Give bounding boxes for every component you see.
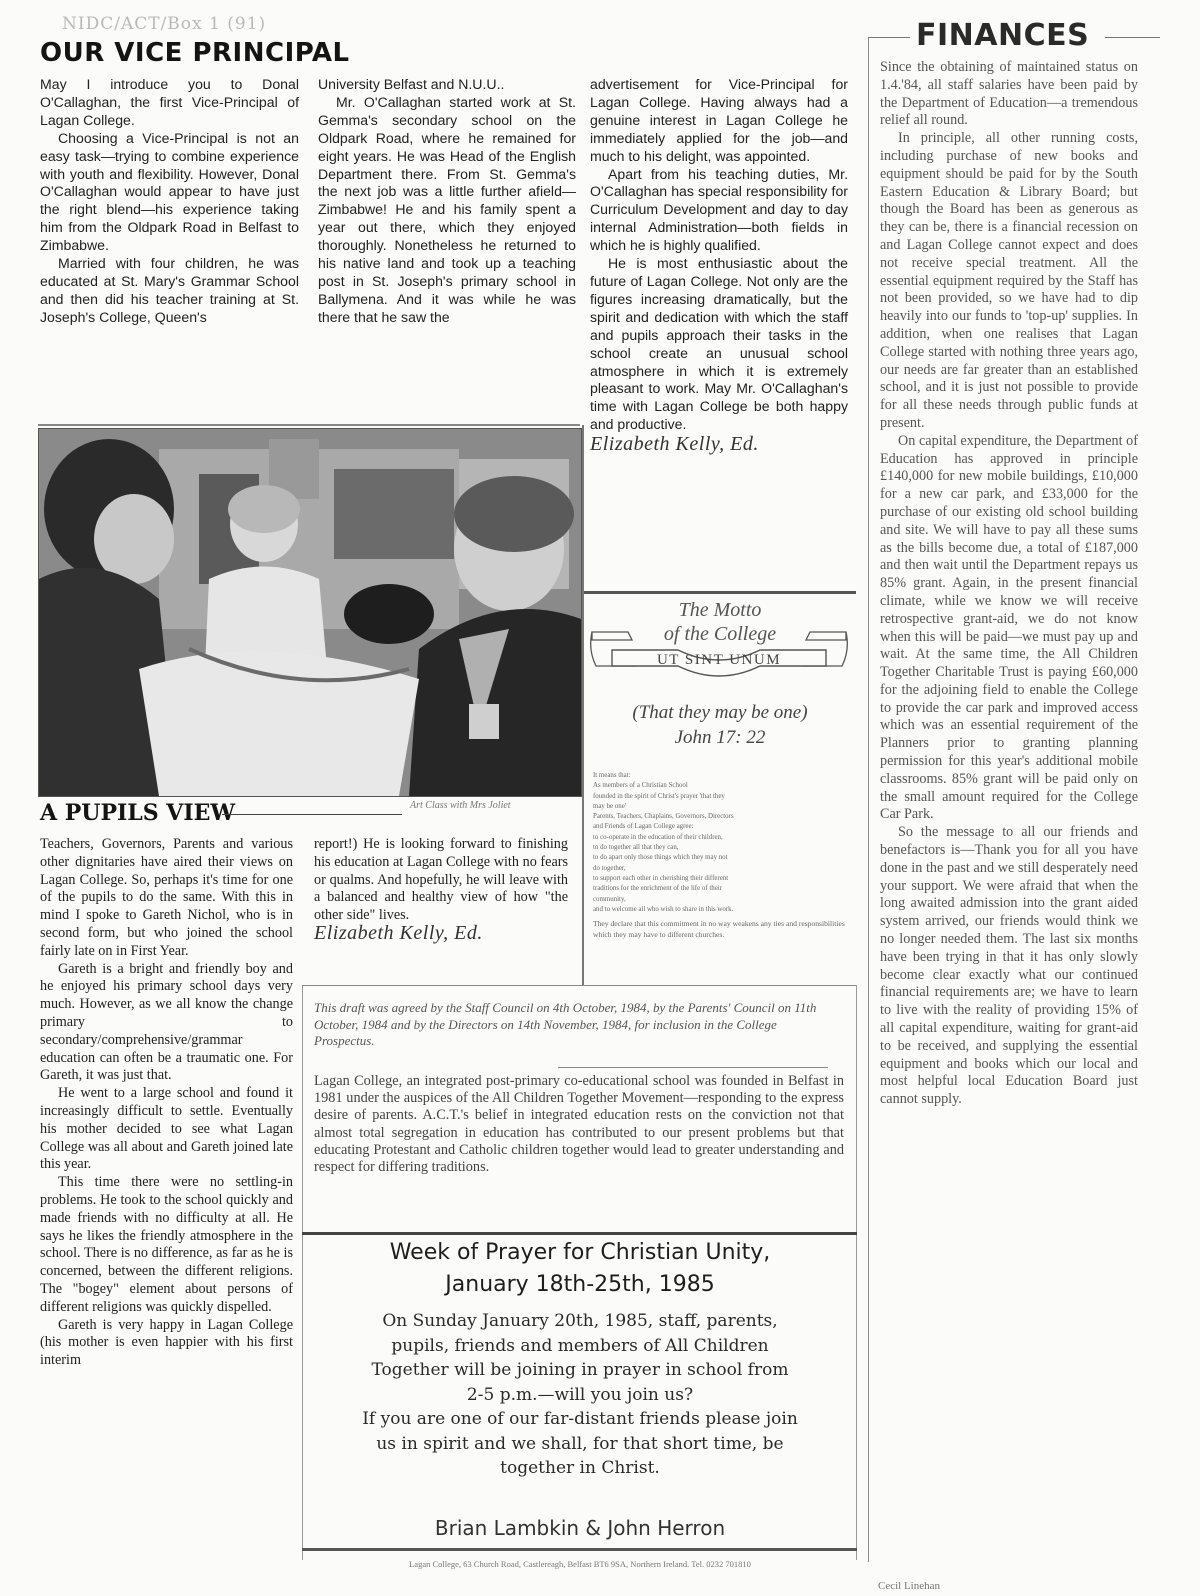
draft-body: Lagan College, an integrated post-primar… (314, 1073, 844, 1176)
archive-reference: NIDC/ACT/Box 1 (91) (62, 14, 266, 34)
prayer-line: On Sunday January 20th, 1985, staff, par… (304, 1309, 856, 1334)
prayer-line: pupils, friends and members of All Child… (304, 1334, 856, 1359)
prayer-line: Together will be joining in prayer in sc… (304, 1358, 856, 1383)
pledge-line: traditions for the enrichment of the lif… (593, 884, 851, 894)
divider (856, 985, 857, 1560)
motto-scripture-reference: John 17: 22 (590, 725, 850, 750)
college-address: Lagan College, 63 Church Road, Castlerea… (300, 1559, 860, 1569)
pledge-line: may be one' (593, 802, 851, 812)
paragraph: So the message to all our friends and be… (880, 824, 1138, 1109)
paragraph: In principle, all other running costs, i… (880, 130, 1138, 433)
pledge-line: community, (593, 895, 851, 905)
vice-principal-signature: Elizabeth Kelly, Ed. (590, 436, 848, 454)
motto-translation: (That they may be one) (590, 700, 850, 725)
paragraph: He is most enthusiastic about the future… (590, 255, 848, 434)
prayer-heading: Week of Prayer for Christian Unity, Janu… (304, 1237, 856, 1301)
divider (558, 1067, 828, 1068)
divider (1105, 37, 1160, 38)
pupils-view-heading: A PUPILS VIEW (40, 800, 235, 826)
divider (302, 1548, 857, 1551)
pledge-line: to co-operate in the education of their … (593, 833, 851, 843)
paragraph: Gareth is very happy in Lagan College (h… (40, 1317, 293, 1370)
paragraph: He went to a large school and found it i… (40, 1085, 293, 1174)
pledge-line: Parents, Teachers, Chaplains, Governors,… (593, 812, 851, 822)
paragraph: Married with four children, he was educa… (40, 255, 299, 327)
pledge-line: to do together all that they can, (593, 843, 851, 853)
prayer-body: On Sunday January 20th, 1985, staff, par… (304, 1309, 856, 1481)
finances-column: Since the obtaining of maintained status… (880, 59, 1138, 1109)
paragraph: Since the obtaining of maintained status… (880, 59, 1138, 130)
prayer-line: 2-5 p.m.—will you join us? (304, 1383, 856, 1408)
pledge-line: It means that: (593, 771, 851, 781)
pupils-view-column-2: report!) He is looking forward to finish… (314, 836, 568, 943)
pledge-line: do together, (593, 864, 851, 874)
divider (302, 985, 303, 1560)
motto-banner-scroll: UT SINT UNUM (588, 620, 850, 680)
pledge-declaration: They declare that this commitment in no … (593, 919, 851, 940)
vice-principal-heading: OUR VICE PRINCIPAL (40, 38, 350, 68)
draft-note: This draft was agreed by the Staff Counc… (314, 1000, 834, 1050)
vice-principal-column-3: advertisement for Vice-Principal for Lag… (590, 76, 848, 454)
prayer-line: together in Christ. (304, 1456, 856, 1481)
pledge-line: As members of a Christian School (593, 781, 851, 791)
vice-principal-column-1: May I introduce you to Donal O'Callaghan… (40, 76, 299, 327)
paragraph: report!) He is looking forward to finish… (314, 836, 568, 925)
art-class-photo (38, 428, 582, 797)
paragraph: advertisement for Vice-Principal for Lag… (590, 76, 848, 166)
divider (868, 37, 910, 38)
divider (38, 424, 580, 426)
pupils-view-column-1: Teachers, Governors, Parents and various… (40, 836, 293, 1370)
paragraph: On capital expenditure, the Department o… (880, 433, 1138, 825)
motto-pledge: It means that: As members of a Christian… (593, 771, 851, 940)
divider (302, 985, 857, 986)
pupils-view-signature: Elizabeth Kelly, Ed. (314, 925, 568, 943)
photo-illustration (39, 429, 581, 796)
pledge-line: to do apart only those things which they… (593, 853, 851, 863)
prayer-heading-line: Week of Prayer for Christian Unity, (304, 1237, 856, 1269)
divider (584, 591, 856, 594)
paragraph: Mr. O'Callaghan started work at St. Gemm… (318, 94, 576, 327)
divider (582, 425, 584, 985)
pledge-line: to support each other in cherishing thei… (593, 874, 851, 884)
paragraph: Teachers, Governors, Parents and various… (40, 836, 293, 961)
pledge-line: and to welcome all who wish to share in … (593, 905, 851, 915)
divider (222, 814, 402, 815)
finances-heading: FINANCES (916, 18, 1089, 53)
prayer-line: If you are one of our far-distant friend… (304, 1407, 856, 1432)
paragraph: May I introduce you to Donal O'Callaghan… (40, 76, 299, 130)
divider (868, 37, 869, 1562)
prayer-heading-line: January 18th-25th, 1985 (304, 1269, 856, 1301)
pledge-line: and Friends of Lagan College agree: (593, 822, 851, 832)
prayer-signature: Brian Lambkin & John Herron (304, 1516, 856, 1540)
finances-signature: Cecil Linehan (878, 1580, 940, 1592)
vice-principal-column-2: University Belfast and N.U.U.. Mr. O'Cal… (318, 76, 576, 327)
paragraph: This time there were no settling-in prob… (40, 1174, 293, 1316)
paragraph: Choosing a Vice-Principal is not an easy… (40, 130, 299, 255)
photo-caption: Art Class with Mrs Joliet (410, 800, 511, 811)
motto-title-line: The Motto (590, 598, 850, 622)
pledge-line: founded in the spirit of Christ's prayer… (593, 792, 851, 802)
motto-latin: UT SINT UNUM (657, 652, 781, 668)
paragraph: University Belfast and N.U.U.. (318, 76, 576, 94)
prayer-line: us in spirit and we shall, for that shor… (304, 1432, 856, 1457)
divider (302, 1232, 857, 1235)
paragraph: Apart from his teaching duties, Mr. O'Ca… (590, 166, 848, 256)
paragraph: Gareth is a bright and friendly boy and … (40, 961, 293, 1086)
motto-translation-block: (That they may be one) John 17: 22 (590, 700, 850, 750)
